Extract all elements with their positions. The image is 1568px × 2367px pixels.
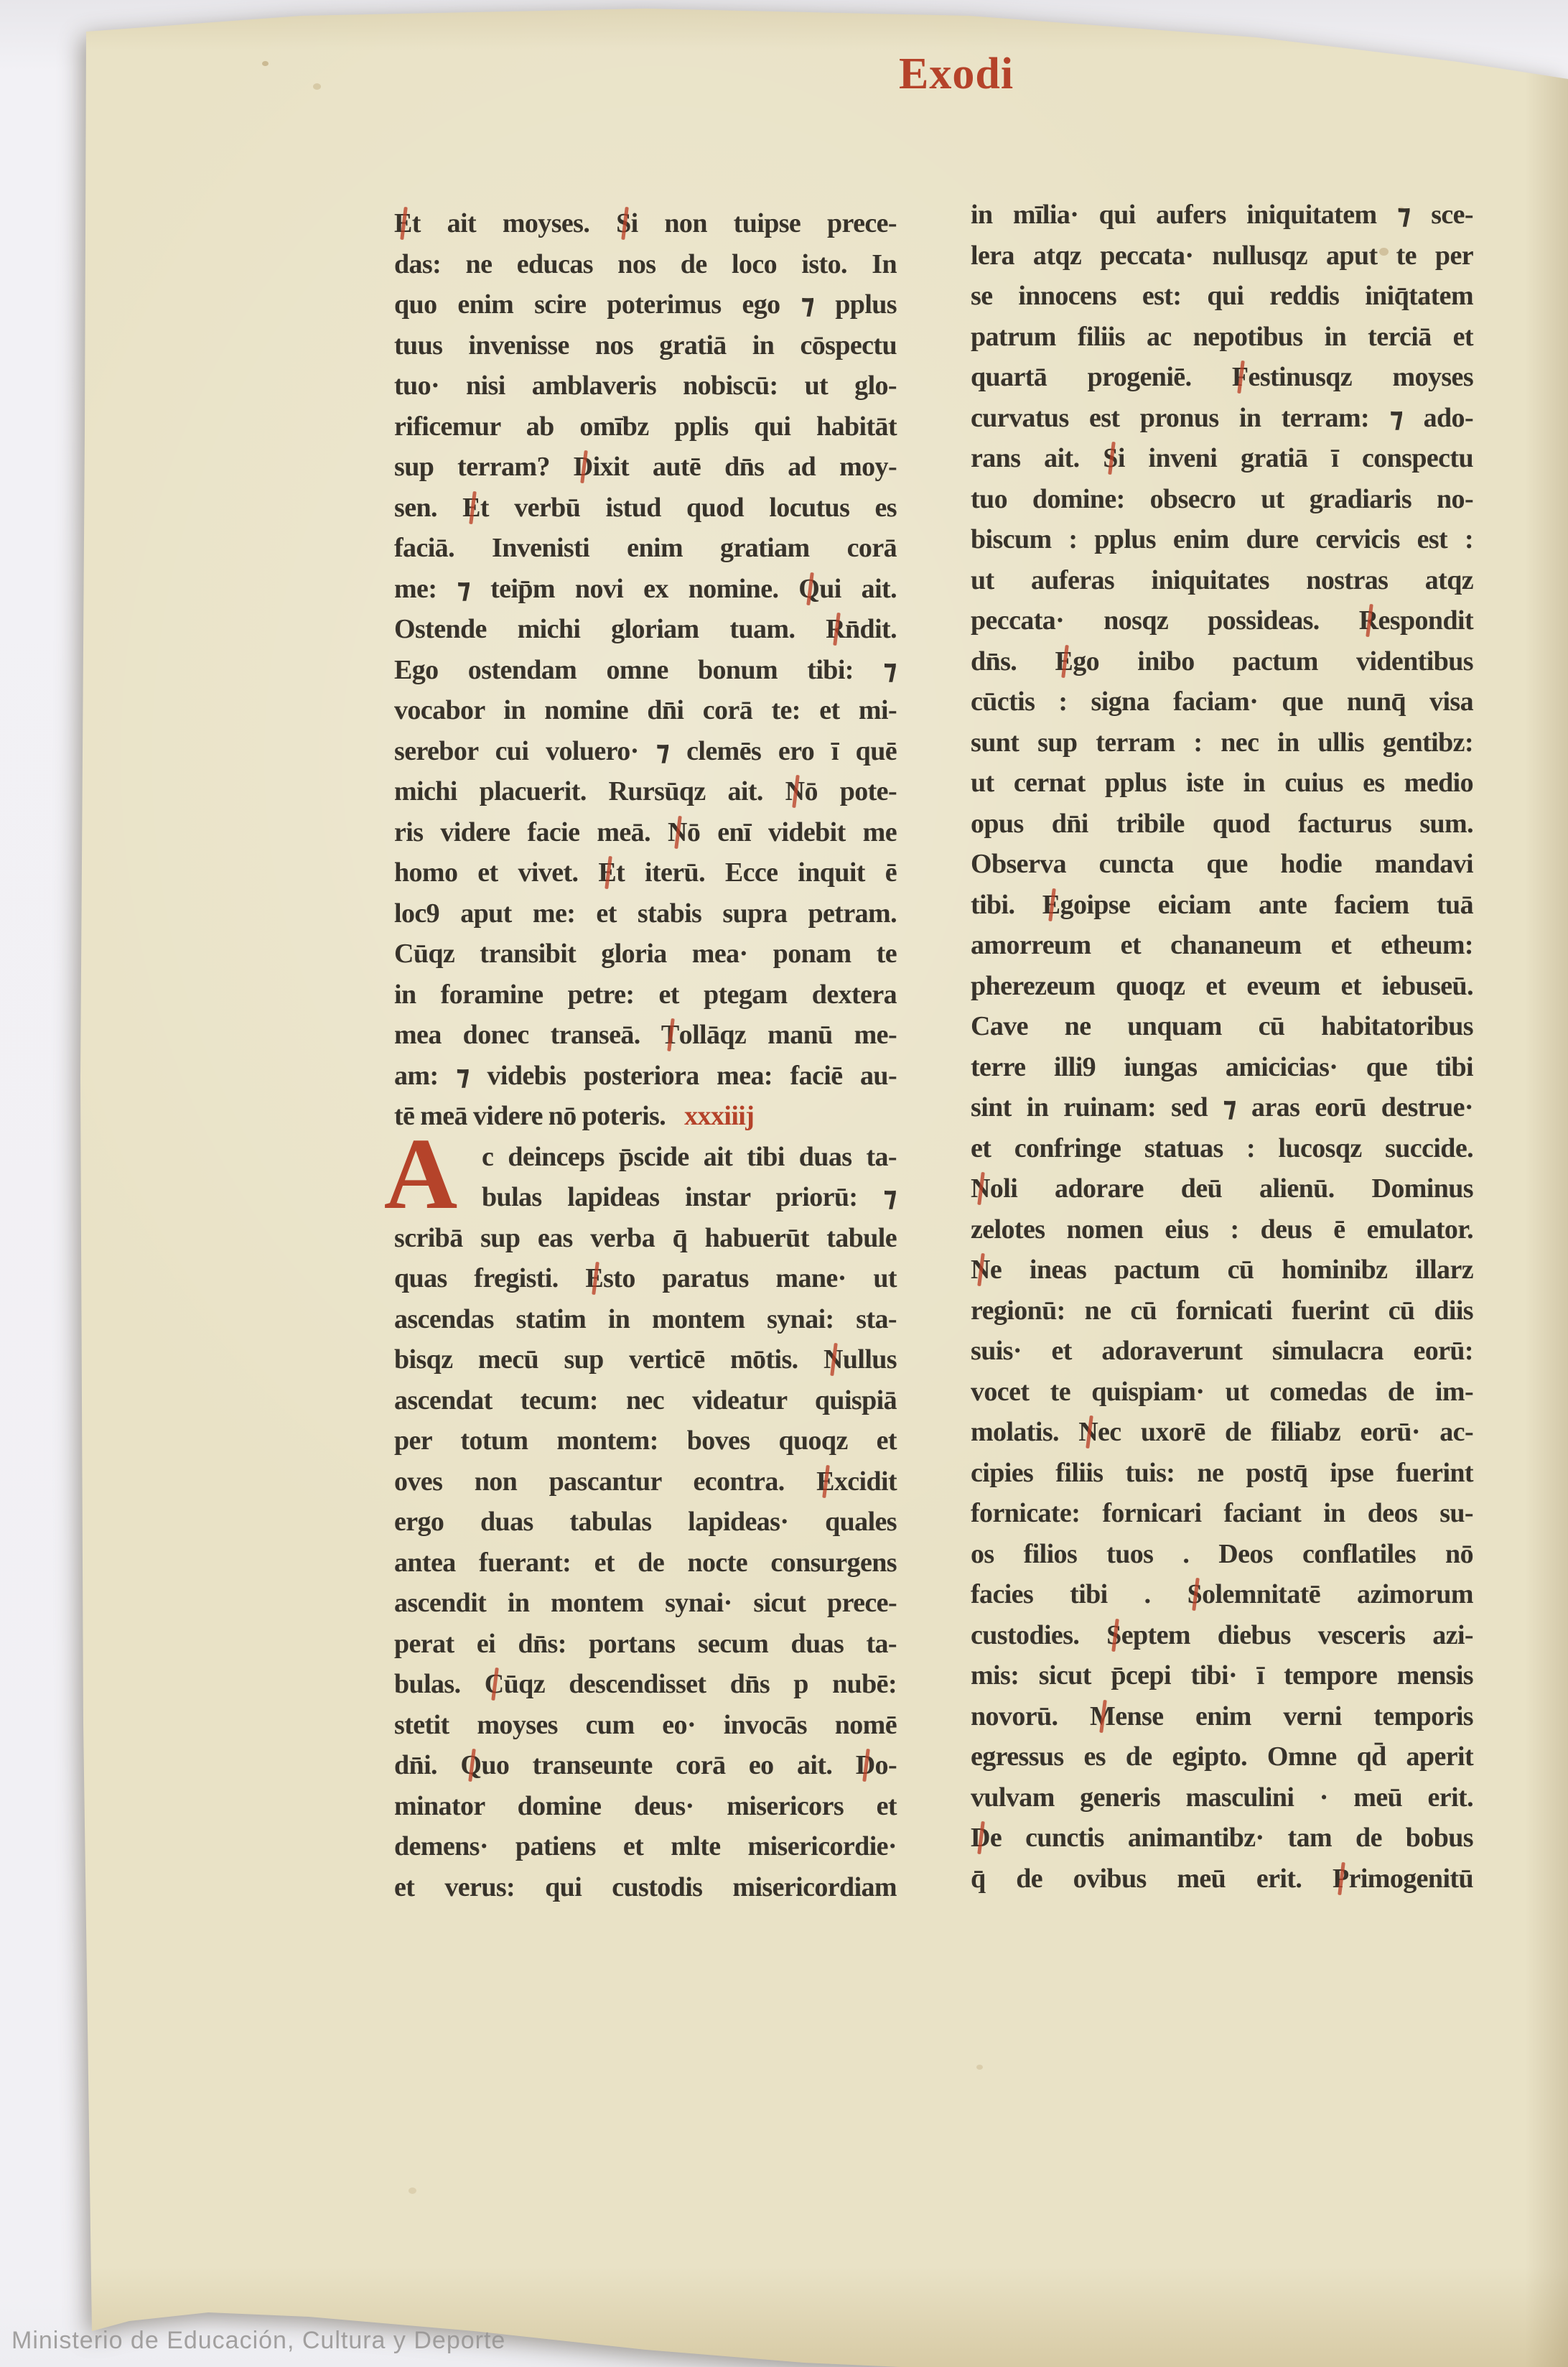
text-line: bulas lapideas instar priorū: ⁊: [394, 1177, 897, 1218]
text-line: Ego ostendam omne bonum tibi: ⁊: [394, 650, 897, 691]
text-line: faciā. Invenisti enim gratiam corā: [394, 528, 897, 569]
scan-background: { "page": { "running_title": "Exodi", "c…: [0, 0, 1568, 2367]
text-line: et confringe statuas : lucosqz succide.: [971, 1128, 1473, 1169]
text-line: oves non pascantur econtra. Excidit: [394, 1461, 897, 1502]
text-line: Cave ne unquam cū habitatoribus: [971, 1006, 1473, 1047]
text-line: cūctis : signa faciam· que nunq̄ visa: [971, 682, 1473, 722]
manuscript-page: Exodi A Et ait moyses. Si non tuipse pre…: [0, 0, 1568, 2367]
text-line: tē meā videre nō poteris.xxxiiij: [394, 1096, 897, 1137]
text-line: am: ⁊ videbis posteriora mea: faciē au-: [394, 1056, 897, 1097]
text-line: me: ⁊ teip̄m novi ex nomine. Qui ait.: [394, 569, 897, 610]
text-line: facies tibi . Solemnitatē azimorum: [971, 1574, 1473, 1615]
text-line: peccata· nosqz possideas. Respondit: [971, 600, 1473, 641]
text-line: loc9 aput me: et stabis supra petram.: [394, 893, 897, 934]
text-line: fornicate: fornicari faciant in deos su-: [971, 1493, 1473, 1534]
text-line: perat ei dn̄s: portans secum duas ta-: [394, 1624, 897, 1665]
text-line: egressus es de egipto. Omne qd̄ aperit: [971, 1736, 1473, 1777]
running-title: Exodi: [899, 49, 1014, 100]
text-line: regionū: ne cū fornicati fuerint cū diis: [971, 1291, 1473, 1331]
text-line: Cūqz transibit gloria mea· ponam te: [394, 934, 897, 975]
text-line: lera atqz peccata· nullusqz aput te per: [971, 236, 1473, 276]
text-line: c deinceps p̄scide ait tibi duas ta-: [394, 1137, 897, 1178]
text-line: demens· patiens et mlte misericordie·: [394, 1826, 897, 1867]
text-line: in foramine petre: et ptegam dextera: [394, 975, 897, 1015]
text-line: zelotes nomen eius : deus ē emulator.: [971, 1209, 1473, 1250]
text-line: ut cernat pplus iste in cuius es medio: [971, 763, 1473, 804]
text-line: scribā sup eas verba q̄ habuerūt tabule: [394, 1218, 897, 1259]
text-line: mis: sicut p̄cepi tibi· ī tempore mensis: [971, 1655, 1473, 1696]
text-line: ascendas statim in montem synai: sta-: [394, 1299, 897, 1340]
text-line: michi placuerit. Rursūqz ait. Nō pote-: [394, 771, 897, 812]
text-line: antea fuerant: et de nocte consurgens: [394, 1543, 897, 1584]
text-column-right: in mīlia· qui aufers iniquitatem ⁊ sce-l…: [971, 195, 1473, 1899]
text-line: amorreum et chananeum et etheum:: [971, 925, 1473, 966]
text-line: ascendat tecum: nec videatur quispiā: [394, 1380, 897, 1421]
text-line: et verus: qui custodis misericordiam: [394, 1867, 897, 1908]
text-line: Noli adorare deū alienū. Dominus: [971, 1168, 1473, 1209]
text-line: mea donec transeā. Tollāqz manū me-: [394, 1015, 897, 1056]
text-line: dn̄i. Quo transeunte corā eo ait. Do-: [394, 1745, 897, 1786]
text-line: serebor cui voluero· ⁊ clemēs ero ī quē: [394, 731, 897, 772]
text-line: bisqz mecū sup verticē mōtis. Nullus: [394, 1339, 897, 1380]
text-line: Et ait moyses. Si non tuipse prece-: [394, 203, 897, 244]
text-line: cipies filiis tuis: ne postq̄ ipse fueri…: [971, 1453, 1473, 1494]
text-line: bulas. Cūqz descendisset dn̄s p nubē:: [394, 1664, 897, 1705]
text-line: custodies. Septem diebus vesceris azi-: [971, 1615, 1473, 1656]
text-line: Ne ineas pactum cū hominibz illarz: [971, 1250, 1473, 1291]
text-line: quo enim scire poterimus ego ⁊ pplus: [394, 284, 897, 325]
text-line: pherezeum quoqz et eveum et iebuseū.: [971, 966, 1473, 1007]
text-line: homo et vivet. Et iterū. Ecce inquit ē: [394, 852, 897, 893]
text-line: ris videre facie meā. Nō enī videbit me: [394, 812, 897, 853]
text-line: sunt sup terram : nec in ullis gentibz:: [971, 722, 1473, 763]
text-line: sint in ruinam: sed ⁊ aras eorū destrue·: [971, 1087, 1473, 1128]
text-line: rans ait. Si inveni gratiā ī conspectu: [971, 438, 1473, 479]
text-line: De cunctis animantibz· tam de bobus: [971, 1818, 1473, 1859]
foxing-spots: [262, 61, 269, 66]
text-line: quas fregisti. Esto paratus mane· ut: [394, 1258, 897, 1299]
text-line: vocabor in nomine dn̄i corā te: et mi-: [394, 690, 897, 731]
watermark-text: Ministerio de Educación, Cultura y Depor…: [11, 2327, 505, 2355]
text-line: vocet te quispiam· ut comedas de im-: [971, 1372, 1473, 1413]
text-line: quartā progeniē. Festinusqz moyses: [971, 357, 1473, 398]
text-line: os filios tuos . Deos conflatiles nō: [971, 1534, 1473, 1575]
text-line: sen. Et verbū istud quod locutus es: [394, 488, 897, 529]
manuscript-page-wrapper: Exodi A Et ait moyses. Si non tuipse pre…: [0, 0, 1568, 2367]
text-line: terre illi9 iungas amicicias· que tibi: [971, 1047, 1473, 1088]
text-line: Ostende michi gloriam tuam. Rn̄dit.: [394, 609, 897, 650]
text-line: q̄ de ovibus meū erit. Primogenitū: [971, 1859, 1473, 1899]
text-line: ergo duas tabulas lapideas· quales: [394, 1502, 897, 1543]
text-line: tuo domine: obsecro ut gradiaris no-: [971, 479, 1473, 520]
text-line: dn̄s. Ego inibo pactum videntibus: [971, 641, 1473, 682]
text-line: in mīlia· qui aufers iniquitatem ⁊ sce-: [971, 195, 1473, 236]
text-line: ascendit in montem synai· sicut prece-: [394, 1583, 897, 1624]
text-line: stetit moyses cum eo· invocās nomē: [394, 1705, 897, 1746]
text-line: sup terram? Dixit autē dn̄s ad moy-: [394, 447, 897, 488]
text-line: molatis. Nec uxorē de filiabz eorū· ac-: [971, 1412, 1473, 1453]
text-line: per totum montem: boves quoqz et: [394, 1420, 897, 1461]
text-line: se innocens est: qui reddis iniq̄tatem: [971, 276, 1473, 317]
text-line: tibi. Egoipse eiciam ante faciem tuā: [971, 885, 1473, 926]
text-line: novorū. Mense enim verni temporis: [971, 1696, 1473, 1737]
text-line: minator domine deus· misericors et: [394, 1786, 897, 1827]
text-line: das: ne educas nos de loco isto. In: [394, 244, 897, 285]
text-line: opus dn̄i tribile quod facturus sum.: [971, 804, 1473, 845]
text-line: suis· et adoraverunt simulacra eorū:: [971, 1331, 1473, 1372]
text-column-left: Et ait moyses. Si non tuipse prece-das: …: [394, 203, 897, 1907]
text-line: Observa cuncta que hodie mandavi: [971, 844, 1473, 885]
text-line: biscum : pplus enim dure cervicis est :: [971, 519, 1473, 560]
text-line: curvatus est pronus in terram: ⁊ ado-: [971, 398, 1473, 439]
text-line: patrum filiis ac nepotibus in terciā et: [971, 317, 1473, 358]
text-line: ut auferas iniquitates nostras atqz: [971, 560, 1473, 601]
text-line: vulvam generis masculini · meū erit.: [971, 1777, 1473, 1818]
text-line: tuus invenisse nos gratiā in cōspectu: [394, 325, 897, 366]
text-line: rificemur ab omībz pplis qui habitāt: [394, 406, 897, 447]
text-line: tuo· nisi amblaveris nobiscū: ut glo-: [394, 366, 897, 406]
